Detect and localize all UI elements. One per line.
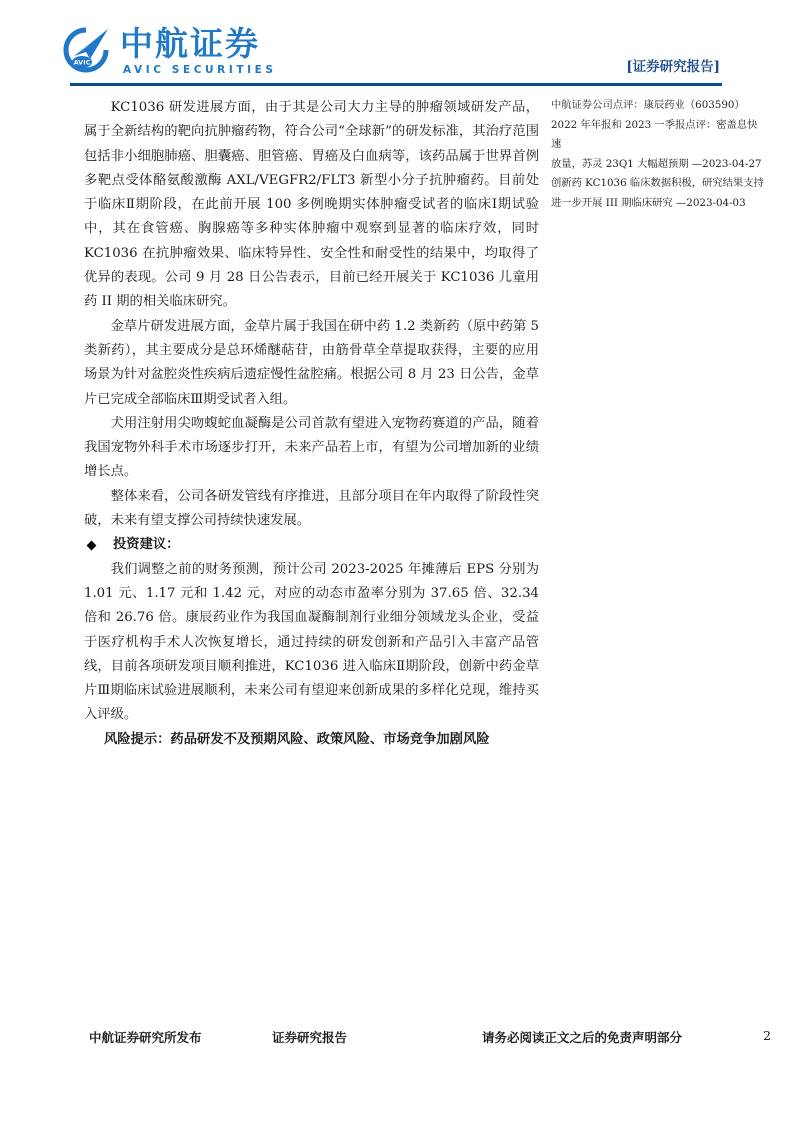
paragraph-jincaopian: 金草片研发进展方面，金草片属于我国在研中药 1.2 类新药（原中药第 5 类新药… xyxy=(84,315,539,412)
main-content: KC1036 研发进展方面，由于其是公司大力主导的肿瘤领域研发产品，属于全新结构… xyxy=(84,96,539,752)
sidebar-line: 创新药 KC1036 临床数据积极，研究结果支持 xyxy=(551,174,766,194)
avic-plane-logo-icon: AVIC xyxy=(62,26,110,74)
diamond-bullet-icon xyxy=(87,541,97,551)
sidebar-line: 中航证券公司点评：康辰药业（603590） xyxy=(551,96,766,116)
paragraph-investment: 我们调整之前的财务预测，预计公司 2023-2025 年摊薄后 EPS 分别为 … xyxy=(84,558,539,728)
paragraph-overall: 整体来看，公司各研发管线有序推进，且部分项目在年内取得了阶段性突破，未来有望支撑… xyxy=(84,485,539,534)
sidebar-line: 2022 年年报和 2023 一季报点评：密盖息快速 xyxy=(551,116,766,155)
svg-text:AVIC: AVIC xyxy=(74,59,91,67)
section-heading-label: 投资建议： xyxy=(113,533,179,557)
related-reports-sidebar: 中航证券公司点评：康辰药业（603590） 2022 年年报和 2023 一季报… xyxy=(551,96,766,213)
paragraph-kc1036: KC1036 研发进展方面，由于其是公司大力主导的肿瘤领域研发产品，属于全新结构… xyxy=(84,96,539,315)
logo-english-name: AVIC SECURITIES xyxy=(123,64,277,76)
sidebar-line: 进一步开展 III 期临床研究 —2023-04-03 xyxy=(551,194,766,214)
sidebar-line: 放量，苏灵 23Q1 大幅超预期 —2023-04-27 xyxy=(551,155,766,175)
section-heading-investment: 投资建议： xyxy=(84,533,539,557)
header-divider xyxy=(70,83,722,86)
footer-disclaimer: 请务必阅读正文之后的免责声明部分 xyxy=(482,1028,682,1046)
page-number: 2 xyxy=(763,1028,771,1043)
report-type-tag: [证券研究报告] xyxy=(626,55,720,75)
logo-chinese-name: 中航证券 xyxy=(120,24,260,64)
paragraph-pet-drug: 犬用注射用尖吻蝮蛇血凝酶是公司首款有望进入宠物药赛道的产品，随着我国宠物外科手术… xyxy=(84,412,539,485)
company-logo: AVIC 中航证券 AVIC SECURITIES xyxy=(62,24,277,78)
footer-report-type: 证券研究报告 xyxy=(272,1028,347,1046)
footer-publisher: 中航证券研究所发布 xyxy=(89,1028,202,1046)
risk-note: 风险提示：药品研发不及预期风险、政策风险、市场竞争加剧风险 xyxy=(84,728,539,752)
